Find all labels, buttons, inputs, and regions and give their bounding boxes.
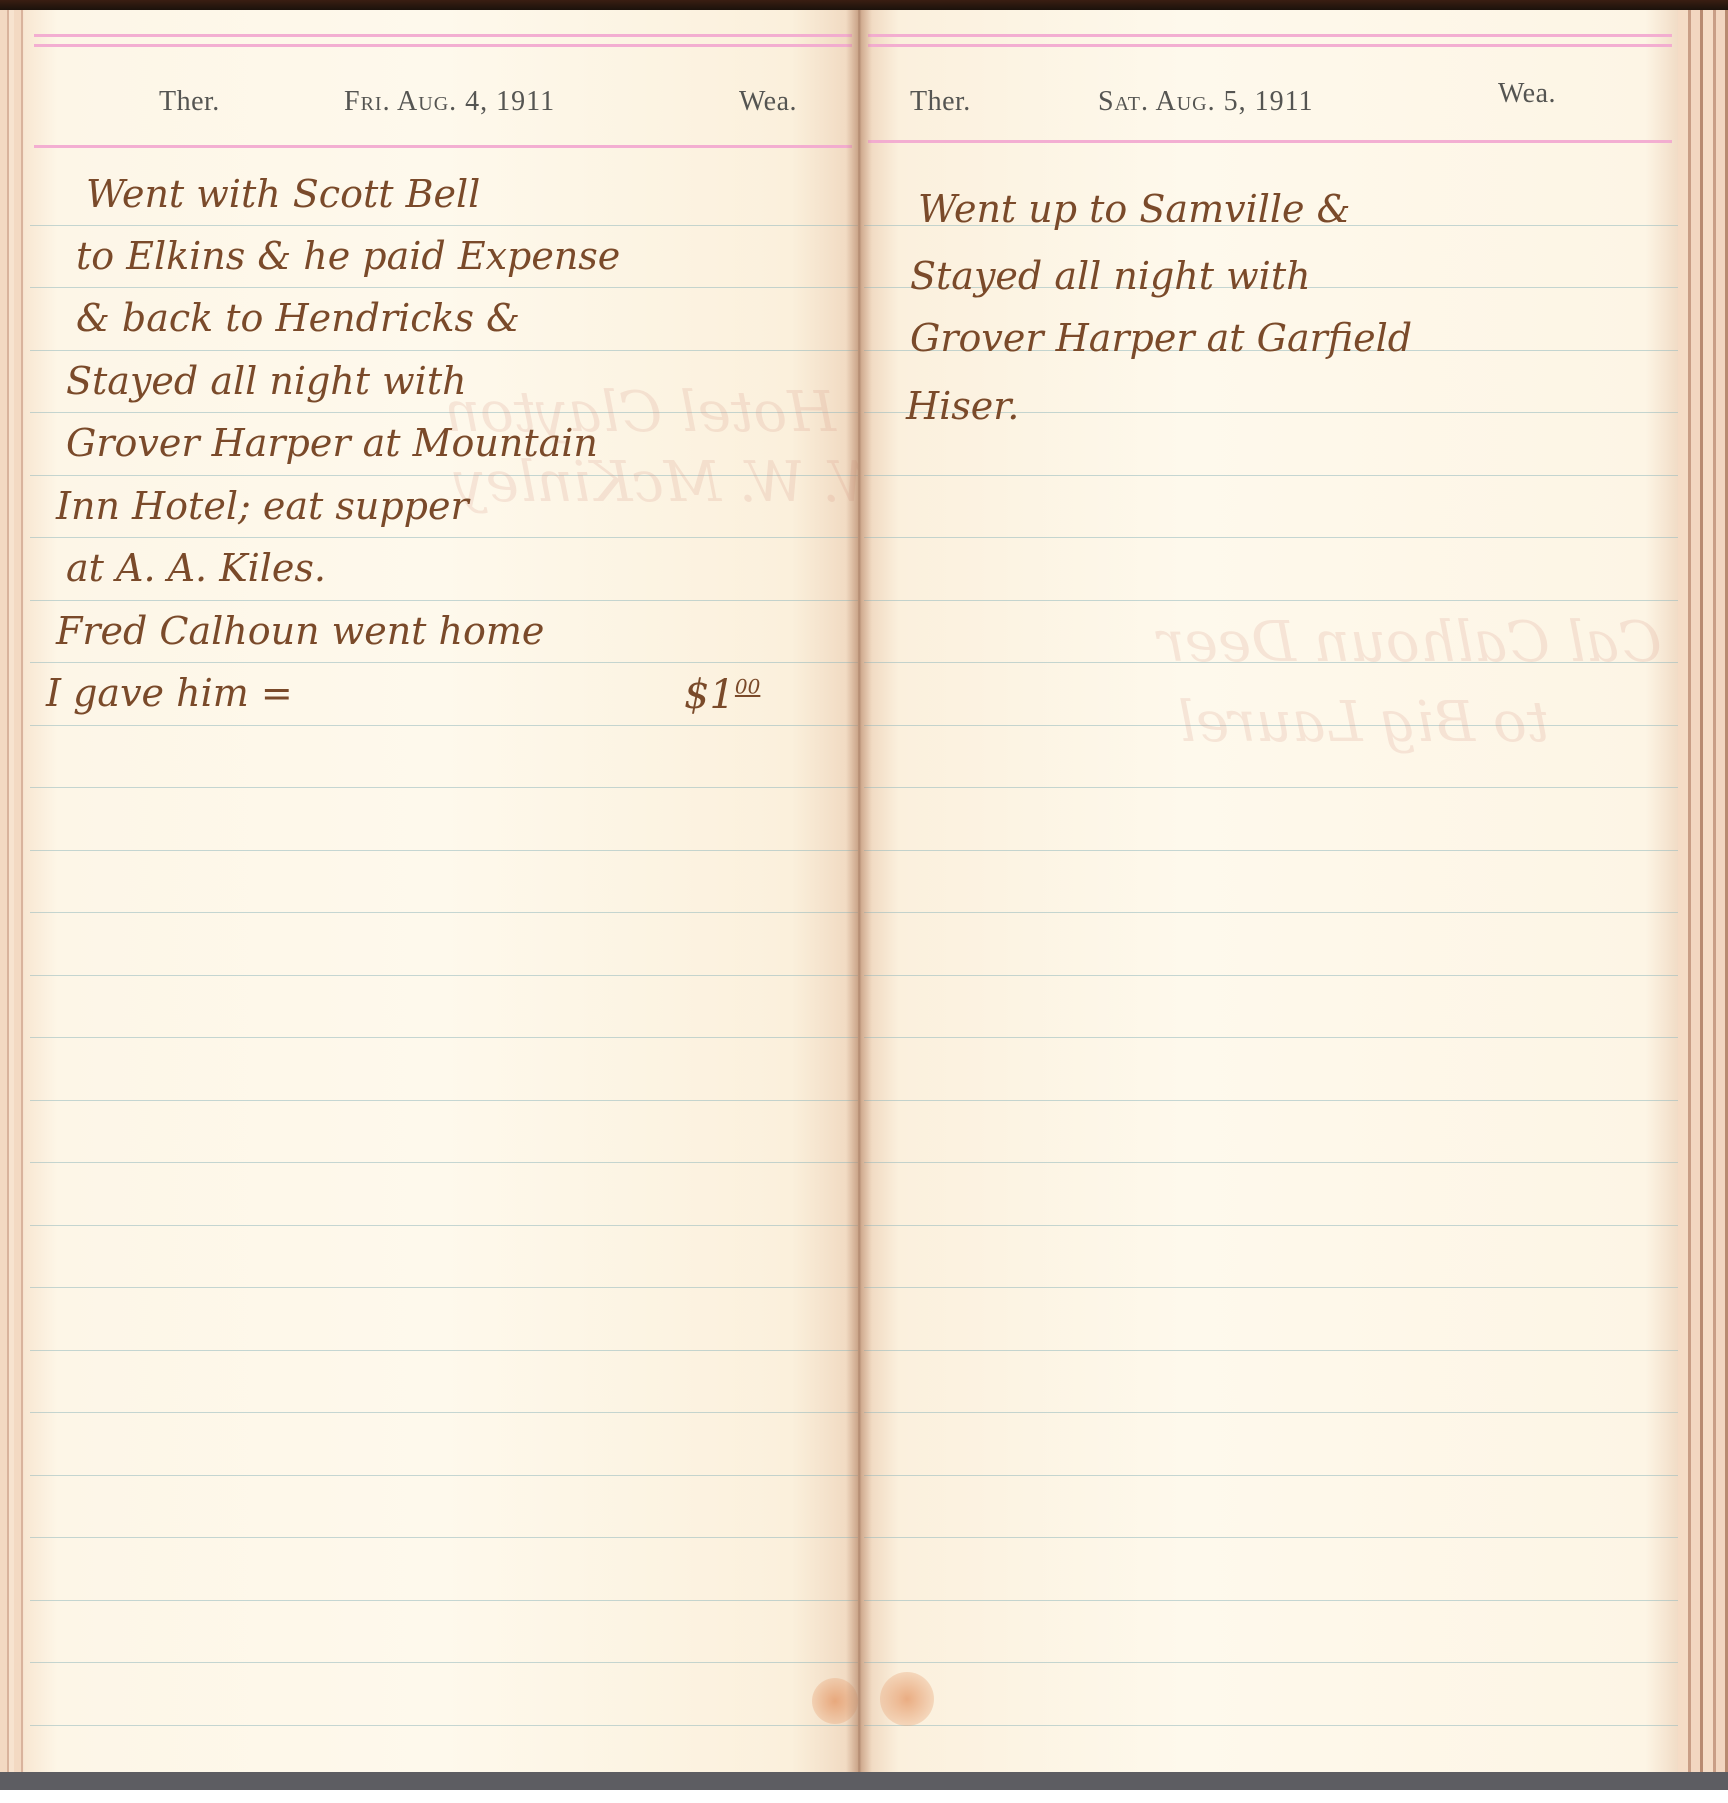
header-rule-double-top [868, 34, 1672, 37]
amount-dollars: $1 [684, 672, 735, 718]
stain-spot [880, 1672, 934, 1726]
payment-amount: $100 [684, 672, 760, 718]
entry-line: Hiser. [906, 375, 1019, 437]
entry-line: I gave him = [46, 662, 293, 724]
header-rule-double-bottom [34, 44, 852, 47]
diary-page-right: Ther. Sat. Aug. 5, 1911 Wea. Cal Calhoun… [858, 10, 1678, 1772]
book-gutter [846, 10, 872, 1772]
weather-label: Wea. [1498, 78, 1556, 110]
entry-line: & back to Hendricks & [76, 287, 520, 349]
bleed-through-text: Cal Calhoun Deer [1158, 610, 1662, 675]
page-date: Fri. Aug. 4, 1911 [344, 86, 555, 118]
header-rule-double-bottom [868, 44, 1672, 47]
diary-page-left: Ther. Fri. Aug. 4, 1911 Wea. Hotel Clayt… [24, 10, 858, 1772]
page-header: Ther. Fri. Aug. 4, 1911 Wea. [24, 72, 858, 132]
bleed-through-text: to Big Laurel [1178, 690, 1549, 755]
entry-line: Stayed all night with [910, 245, 1311, 307]
entry-line: Grover Harper at Mountain [66, 412, 598, 474]
open-diary: Ther. Fri. Aug. 4, 1911 Wea. Hotel Clayt… [0, 10, 1728, 1772]
header-rule-bottom [868, 140, 1672, 143]
thermometer-label: Ther. [910, 86, 971, 118]
thermometer-label: Ther. [159, 86, 220, 118]
entry-line: Went with Scott Bell [86, 163, 480, 225]
entry-line: at A. A. Kiles. [66, 537, 326, 599]
entry-line: Fred Calhoun went home [56, 600, 544, 662]
header-rule-double-top [34, 34, 852, 37]
entry-line: Stayed all night with [66, 350, 467, 412]
left-page-edges [0, 10, 24, 1772]
entry-line: Inn Hotel; eat supper [56, 475, 469, 537]
entry-line: Grover Harper at Garfield [910, 307, 1412, 369]
entry-line: to Elkins & he paid Expense [76, 225, 620, 287]
header-rule-bottom [34, 145, 852, 148]
page-date: Sat. Aug. 5, 1911 [1098, 86, 1314, 118]
amount-cents: 00 [735, 675, 760, 699]
right-page-edges [1678, 10, 1728, 1772]
page-header: Ther. Sat. Aug. 5, 1911 Wea. [858, 72, 1678, 132]
weather-label: Wea. [739, 86, 797, 118]
entry-line: Went up to Samville & [918, 178, 1350, 240]
